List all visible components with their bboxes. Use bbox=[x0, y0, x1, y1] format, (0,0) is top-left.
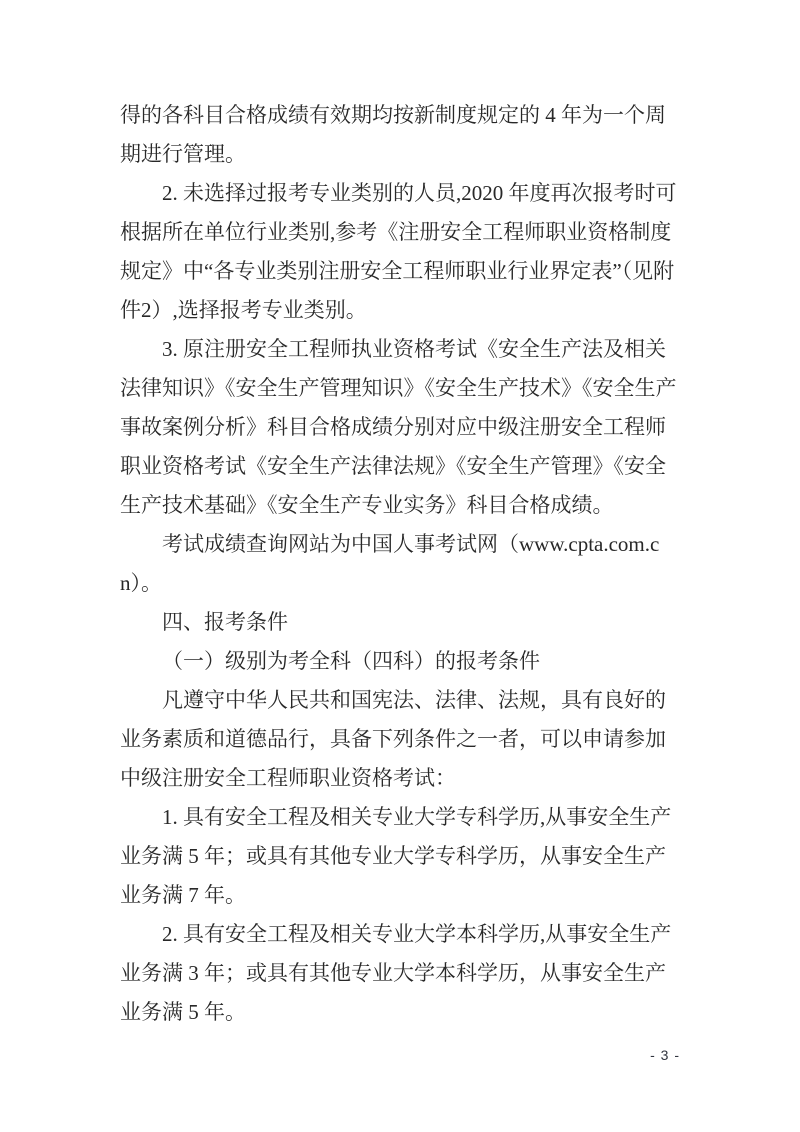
paragraph-condition-2-bachelor-degree: 2. 具有安全工程及相关专业大学本科学历,从事安全生产业务满 3 年；或具有其他… bbox=[120, 915, 686, 1032]
document-content: 得的各科目合格成绩有效期均按新制度规定的 4 年为一个周期进行管理。 2. 未选… bbox=[120, 96, 686, 1032]
paragraph-item-2-category-selection: 2. 未选择过报考专业类别的人员,2020 年度再次报考时可根据所在单位行业类别… bbox=[120, 174, 686, 330]
subsection-heading-full-subjects: （一）级别为考全科（四科）的报考条件 bbox=[120, 642, 686, 681]
paragraph-item-3-subject-mapping: 3. 原注册安全工程师执业资格考试《安全生产法及相关法律知识》《安全生产管理知识… bbox=[120, 330, 686, 525]
paragraph-score-query-website: 考试成绩查询网站为中国人事考试网（www.cpta.com.cn）。 bbox=[120, 525, 686, 603]
paragraph-general-eligibility: 凡遵守中华人民共和国宪法、法律、法规，具有良好的业务素质和道德品行，具备下列条件… bbox=[120, 681, 686, 798]
section-heading-registration-conditions: 四、报考条件 bbox=[120, 603, 686, 642]
paragraph-condition-1-college-degree: 1. 具有安全工程及相关专业大学专科学历,从事安全生产业务满 5 年；或具有其他… bbox=[120, 798, 686, 915]
paragraph-score-validity-continuation: 得的各科目合格成绩有效期均按新制度规定的 4 年为一个周期进行管理。 bbox=[120, 96, 686, 174]
page-number: - 3 - bbox=[650, 1046, 680, 1064]
document-page: 得的各科目合格成绩有效期均按新制度规定的 4 年为一个周期进行管理。 2. 未选… bbox=[0, 0, 800, 1132]
